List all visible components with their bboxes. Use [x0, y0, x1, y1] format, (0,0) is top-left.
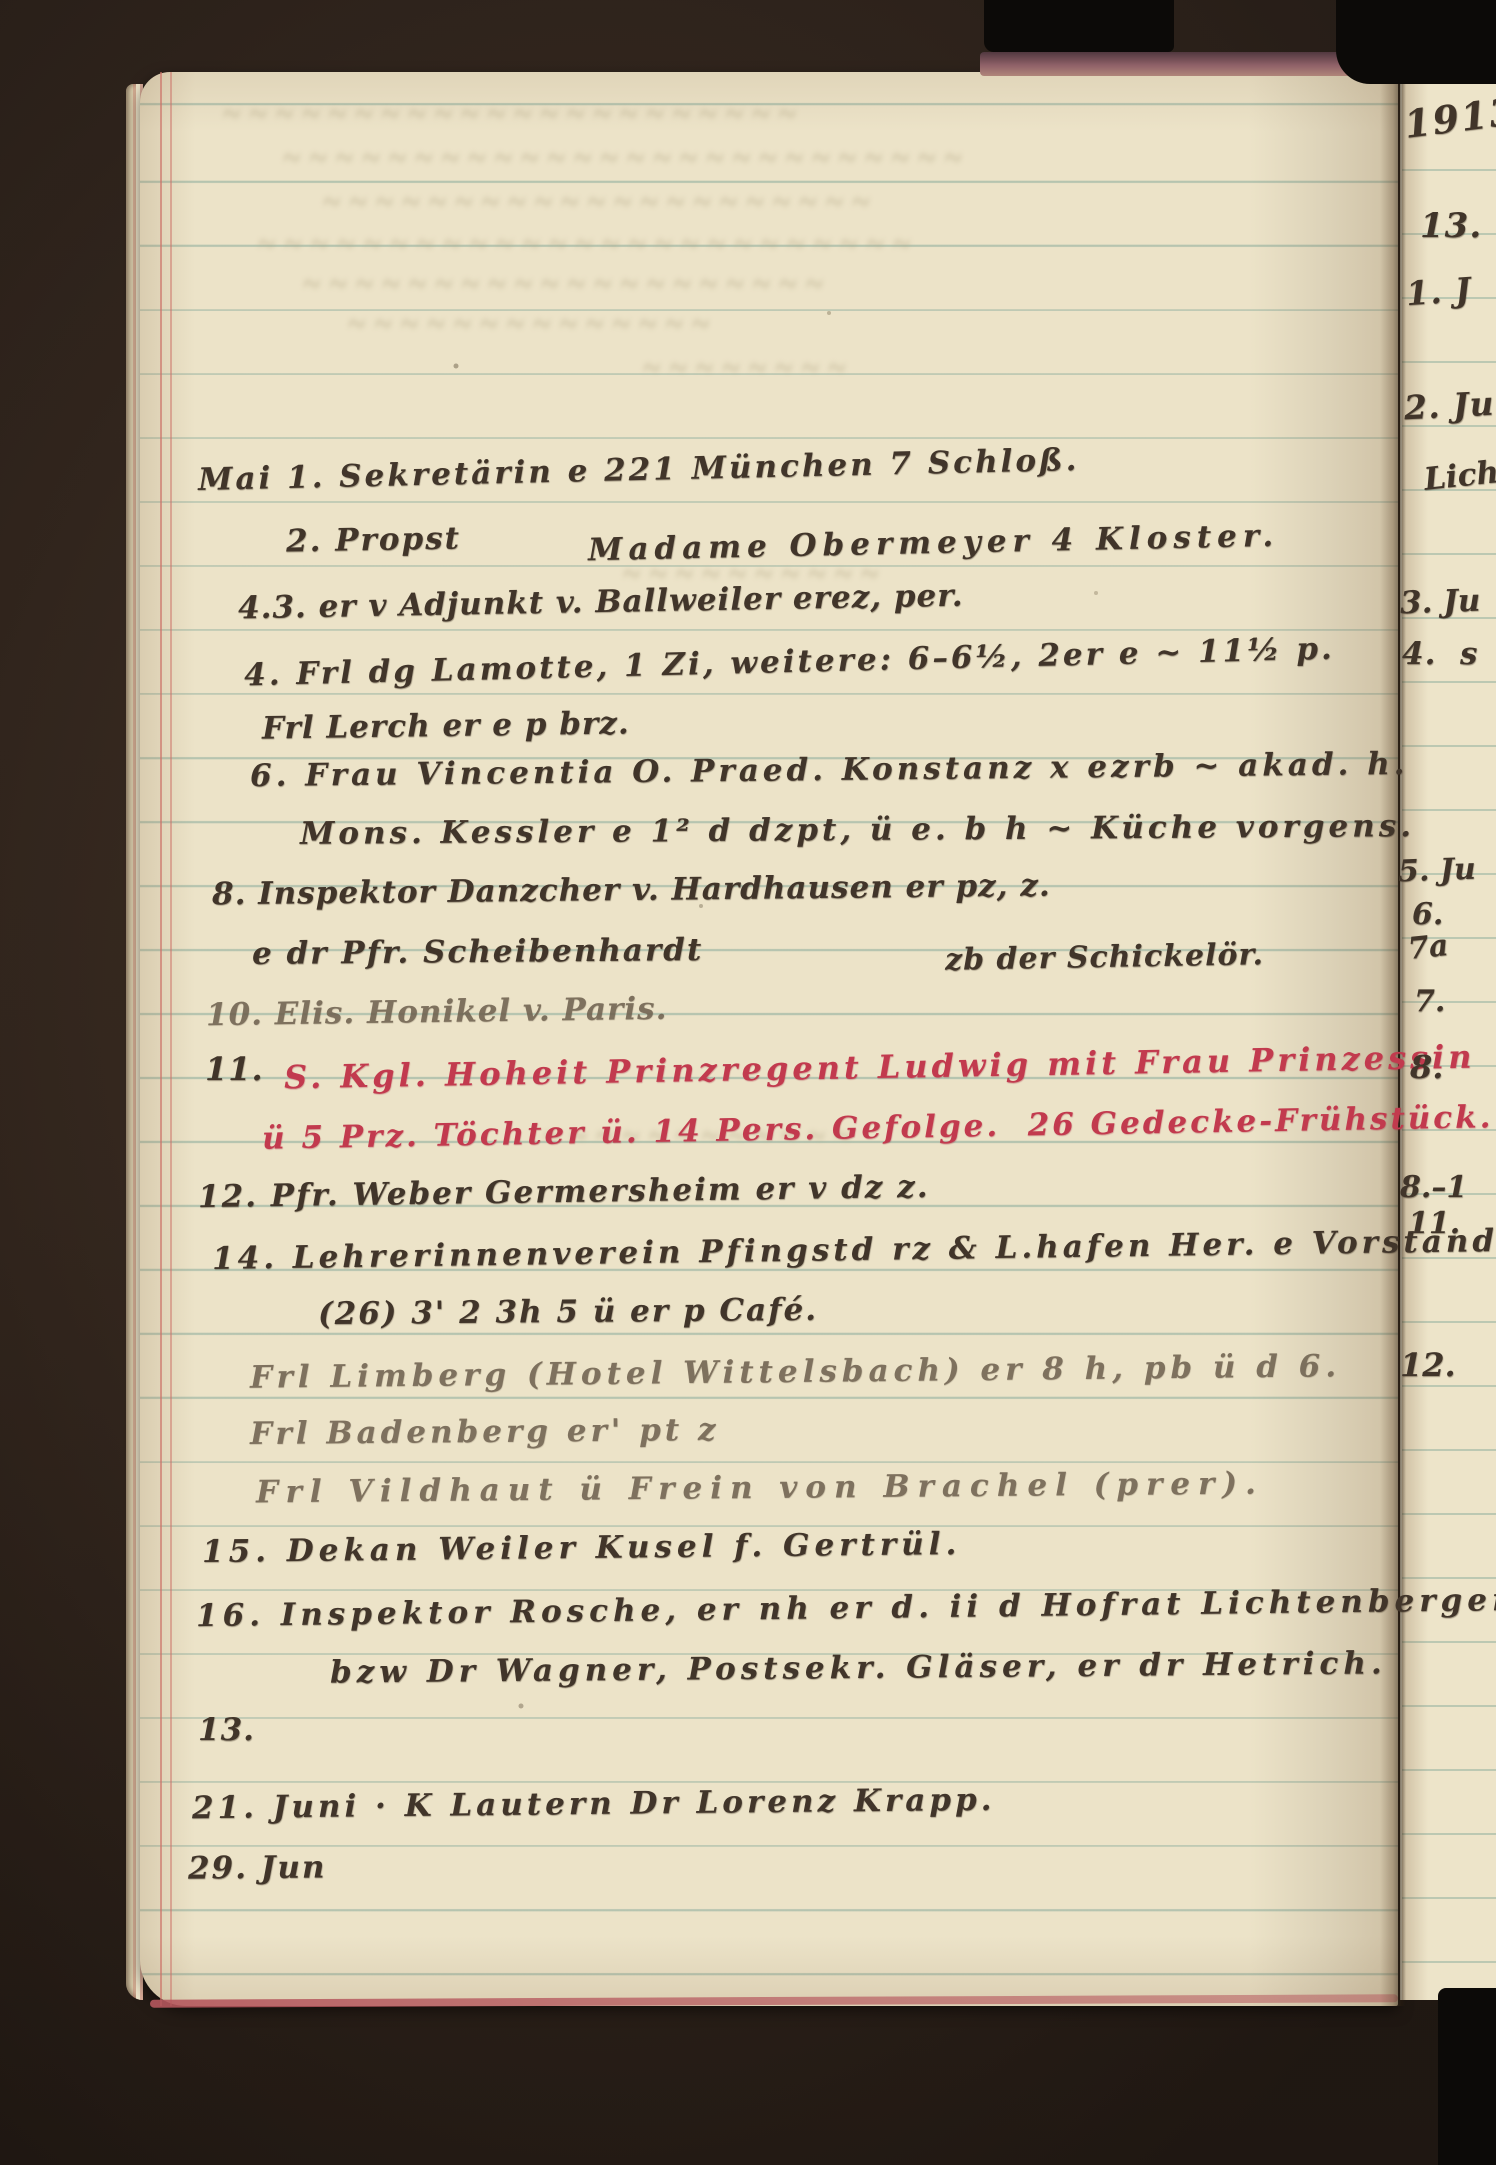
handwritten-line: 5. Ju: [1397, 852, 1476, 890]
handwritten-line: 11.: [1408, 1206, 1460, 1241]
handwritten-line: 4. s: [1402, 636, 1478, 672]
handwritten-line: 6.: [1412, 897, 1443, 932]
handwritten-line: 1913: [1402, 88, 1496, 147]
handwriting-next-page: 191313.1. J2. JuLich3. Ju4. s5. Ju6.7a7.…: [0, 0, 1496, 2165]
handwritten-line: 2. Ju: [1403, 384, 1495, 428]
handwritten-line: 8.–1: [1400, 1170, 1467, 1205]
handwritten-line: 8.: [1410, 1048, 1443, 1086]
handwritten-line: 12.: [1400, 1346, 1456, 1384]
notebook-scan-photo: ~~~~~~~~~~~~~~~~~~~~~~~~~~~~~~~~~~~~~~~~…: [0, 0, 1496, 2165]
handwritten-line: 3. Ju: [1399, 583, 1481, 622]
handwritten-line: 7a: [1406, 928, 1450, 967]
handwritten-line: 1. J: [1405, 270, 1473, 313]
handwritten-line: 7.: [1414, 984, 1445, 1019]
handwritten-line: Lich: [1422, 454, 1496, 498]
handwritten-line: 13.: [1420, 206, 1482, 246]
